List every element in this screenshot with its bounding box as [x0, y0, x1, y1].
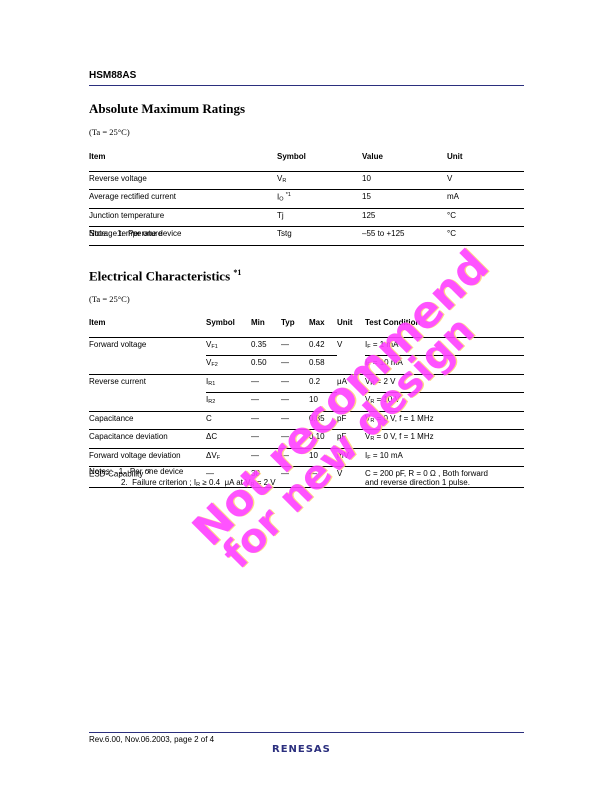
- symbol: ΔC: [206, 430, 251, 449]
- elec-table: Item Symbol Min Typ Max Unit Test Condit…: [89, 316, 524, 488]
- col-unit: Unit: [447, 150, 524, 171]
- unit: °C: [447, 208, 524, 227]
- elec-title: Electrical Characteristics *1: [89, 268, 241, 284]
- min: —: [251, 430, 281, 449]
- header-rule: [89, 85, 524, 86]
- footer-rule: [89, 732, 524, 733]
- unit: mA: [447, 190, 524, 209]
- test-condition: IF = 10 mA: [365, 356, 524, 375]
- unit: [337, 393, 365, 412]
- typ: —: [281, 374, 309, 393]
- value: –55 to +125: [362, 227, 447, 246]
- col-test-condition: Test Condition: [365, 316, 524, 337]
- unit: [337, 356, 365, 375]
- item: Junction temperature: [89, 208, 277, 227]
- symbol: VR: [277, 171, 362, 190]
- table-row: Reverse currentIR1——0.2μAVR = 2 V: [89, 374, 524, 393]
- table-row: IR2——10VR = 10 V: [89, 393, 524, 412]
- max: 0.2: [309, 374, 337, 393]
- symbol: C: [206, 411, 251, 430]
- unit: pF: [337, 411, 365, 430]
- value: 10: [362, 171, 447, 190]
- min: 0.35: [251, 337, 281, 356]
- max: 0.10: [309, 430, 337, 449]
- table-row: VF20.50—0.58IF = 10 mA: [89, 356, 524, 375]
- table-row: CapacitanceC——0.85pFVR = 0 V, f = 1 MHz: [89, 411, 524, 430]
- typ: —: [281, 356, 309, 375]
- symbol: IR2: [206, 393, 251, 412]
- unit: V: [337, 467, 365, 488]
- item: Forward voltage deviation: [89, 448, 206, 467]
- item: Average rectified current: [89, 190, 277, 209]
- col-item: Item: [89, 150, 277, 171]
- note-1: Notes: 1. Per one device: [89, 466, 276, 477]
- col-symbol: Symbol: [206, 316, 251, 337]
- item: Capacitance: [89, 411, 206, 430]
- abs-max-condition: (Ta = 25°C): [89, 127, 130, 137]
- symbol: Tstg: [277, 227, 362, 246]
- elec-condition: (Ta = 25°C): [89, 294, 130, 304]
- min: —: [251, 393, 281, 412]
- unit: V: [447, 171, 524, 190]
- max: 10: [309, 393, 337, 412]
- min: —: [251, 411, 281, 430]
- table-header-row: Item Symbol Min Typ Max Unit Test Condit…: [89, 316, 524, 337]
- table-row: Capacitance deviationΔC——0.10pFVR = 0 V,…: [89, 430, 524, 449]
- unit: pF: [337, 430, 365, 449]
- value: 15: [362, 190, 447, 209]
- test-condition: IF = 1 mA: [365, 337, 524, 356]
- col-value: Value: [362, 150, 447, 171]
- symbol: VF2: [206, 356, 251, 375]
- table-row: Forward voltage deviationΔVF——10mVIF = 1…: [89, 448, 524, 467]
- max: 10: [309, 448, 337, 467]
- footer-revision: Rev.6.00, Nov.06.2003, page 2 of 4: [89, 735, 214, 744]
- col-item: Item: [89, 316, 206, 337]
- typ: —: [281, 411, 309, 430]
- symbol: Tj: [277, 208, 362, 227]
- max: 0.58: [309, 356, 337, 375]
- unit: °C: [447, 227, 524, 246]
- item: Reverse voltage: [89, 171, 277, 190]
- col-unit: Unit: [337, 316, 365, 337]
- typ: —: [281, 448, 309, 467]
- table-row: Forward voltageVF10.35—0.42VIF = 1 mA: [89, 337, 524, 356]
- table-row: Junction temperature Tj 125 °C: [89, 208, 524, 227]
- item: Capacitance deviation: [89, 430, 206, 449]
- max: 0.85: [309, 411, 337, 430]
- renesas-logo: RENESAS: [272, 744, 331, 755]
- symbol: ΔVF: [206, 448, 251, 467]
- table-row: Average rectified current IO *1 15 mA: [89, 190, 524, 209]
- abs-max-note: Note: 1. Per one device: [89, 228, 182, 239]
- test-condition: C = 200 pF, R = 0 Ω , Both forwardand re…: [365, 467, 524, 488]
- table-header-row: Item Symbol Value Unit: [89, 150, 524, 171]
- test-condition: IF = 10 mA: [365, 448, 524, 467]
- item: [89, 356, 206, 375]
- min: —: [251, 448, 281, 467]
- unit: μA: [337, 374, 365, 393]
- typ: —: [281, 467, 309, 488]
- test-condition: VR = 0 V, f = 1 MHz: [365, 430, 524, 449]
- test-condition: VR = 2 V: [365, 374, 524, 393]
- item: [89, 393, 206, 412]
- item: Reverse current: [89, 374, 206, 393]
- header-part-number: HSM88AS: [89, 70, 136, 81]
- typ: —: [281, 337, 309, 356]
- max: 0.42: [309, 337, 337, 356]
- symbol: IR1: [206, 374, 251, 393]
- min: —: [251, 374, 281, 393]
- min: 0.50: [251, 356, 281, 375]
- col-symbol: Symbol: [277, 150, 362, 171]
- test-condition: VR = 10 V: [365, 393, 524, 412]
- elec-notes: Notes: 1. Per one device 2. Failure crit…: [89, 466, 276, 491]
- note-2: 2. Failure criterion ; IR ≥ 0.4 μA at VR…: [89, 477, 276, 491]
- max: —: [309, 467, 337, 488]
- col-typ: Typ: [281, 316, 309, 337]
- test-condition: VR = 0 V, f = 1 MHz: [365, 411, 524, 430]
- col-min: Min: [251, 316, 281, 337]
- item: Forward voltage: [89, 337, 206, 356]
- col-max: Max: [309, 316, 337, 337]
- unit: V: [337, 337, 365, 356]
- symbol: IO *1: [277, 190, 362, 209]
- symbol: VF1: [206, 337, 251, 356]
- table-row: Reverse voltage VR 10 V: [89, 171, 524, 190]
- unit: mV: [337, 448, 365, 467]
- value: 125: [362, 208, 447, 227]
- typ: —: [281, 393, 309, 412]
- abs-max-title: Absolute Maximum Ratings: [89, 101, 245, 117]
- typ: —: [281, 430, 309, 449]
